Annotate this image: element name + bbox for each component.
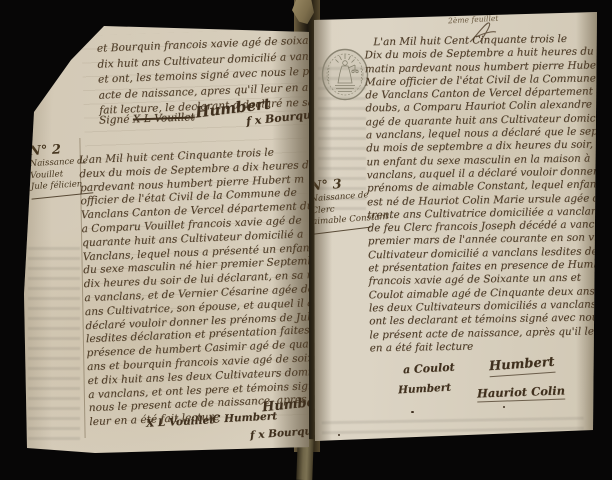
ink-dot bbox=[338, 434, 340, 436]
bleed-through-text bbox=[28, 240, 80, 440]
signed-label: Signé bbox=[99, 114, 130, 127]
struck-signature: X L Vouillet bbox=[133, 111, 195, 125]
signature: Humbert bbox=[488, 355, 555, 378]
bleed-through-text bbox=[322, 410, 585, 470]
document-scan: et Bourquin francois xavie agé de soixan… bbox=[0, 0, 612, 480]
signature: a Coulot bbox=[403, 361, 455, 377]
act-text: L'an Mil huit Cent Cinquante trois leDix… bbox=[364, 32, 612, 356]
ink-dot bbox=[411, 411, 414, 413]
revenue-stamp-icon bbox=[321, 48, 369, 101]
ink-dot bbox=[416, 452, 418, 454]
ink-dot bbox=[503, 406, 505, 408]
signature: Hauriot Colin bbox=[477, 383, 566, 402]
signature: Humbert bbox=[398, 382, 452, 397]
